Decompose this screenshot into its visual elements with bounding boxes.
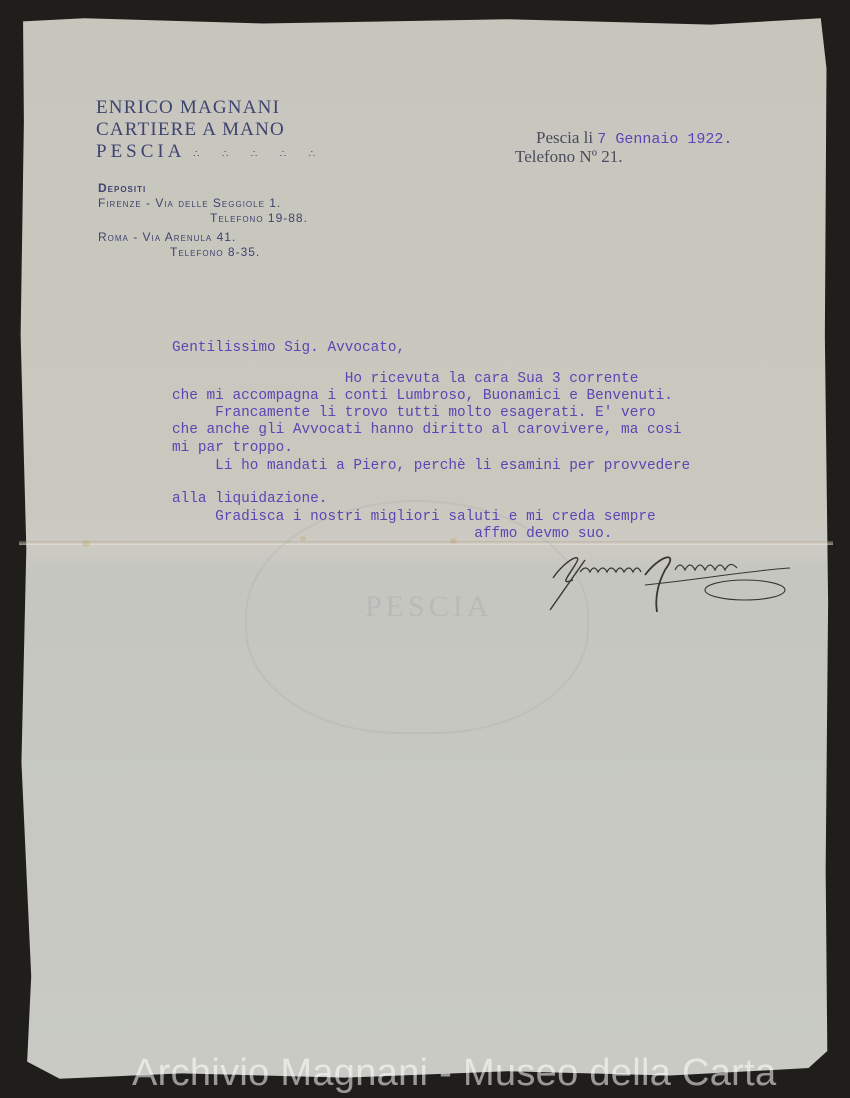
roma-address: Roma - Via Arenula 41.: [98, 230, 308, 245]
signature: [545, 540, 805, 615]
company-subtitle: CARTIERE A MANO: [96, 119, 325, 141]
letterhead: ENRICO MAGNANI CARTIERE A MANO PESCIA ∴ …: [96, 97, 325, 166]
letter-date: 7 Gennaio 1922.: [597, 131, 732, 148]
body-line: mi par troppo.: [172, 440, 293, 457]
salutation: Gentilissimo Sig. Avvocato,: [172, 340, 405, 357]
place-prefix: Pescia li: [536, 128, 593, 147]
ornament-dots: ∴ ∴ ∴ ∴ ∴: [193, 149, 325, 160]
body-line: Li ho mandati a Piero, perchè li esamini…: [172, 458, 690, 475]
company-name: ENRICO MAGNANI: [96, 97, 325, 119]
body-line: che mi accompagna i conti Lumbroso, Buon…: [172, 388, 673, 405]
body-line: alla liquidazione.: [172, 491, 327, 508]
archive-credit-watermark: Archivio Magnani - Museo della Carta: [132, 1052, 776, 1095]
company-city: PESCIA ∴ ∴ ∴ ∴ ∴: [96, 141, 325, 166]
dateline: Pescia li 7 Gennaio 1922.: [536, 128, 732, 148]
roma-phone: Telefono 8-35.: [98, 245, 308, 260]
depositi-title: Depositi: [98, 181, 308, 196]
city-label: PESCIA: [96, 141, 184, 162]
signature-icon: [545, 540, 805, 615]
watermark-text: PESCIA: [365, 590, 492, 624]
body-line: Ho ricevuta la cara Sua 3 corrente: [172, 371, 638, 388]
body-line: Francamente li trovo tutti molto esagera…: [172, 405, 656, 422]
telephone-number: Telefono Nº 21.: [515, 147, 622, 167]
body-line: Gradisca i nostri migliori saluti e mi c…: [172, 509, 656, 526]
depositi-block: Depositi Firenze - Via delle Seggiole 1.…: [98, 181, 308, 260]
foxing-stain: [82, 540, 90, 547]
firenze-address: Firenze - Via delle Seggiole 1.: [98, 196, 308, 211]
body-line: che anche gli Avvocati hanno diritto al …: [172, 422, 682, 439]
firenze-phone: Telefono 19-88.: [98, 211, 308, 226]
